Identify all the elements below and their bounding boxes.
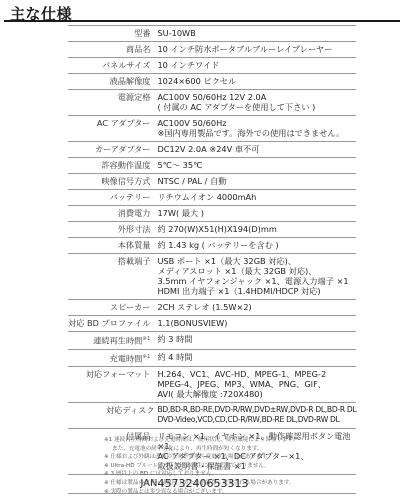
footnote-marker: ※1 — [142, 336, 150, 342]
footnote: ※ 仕様および外観は改良のため予告なく変更する場合があります。 — [104, 453, 394, 462]
spec-value: 2CH ステレオ (1.5W×2) — [157, 300, 356, 316]
table-row: スピーカー 2CH ステレオ (1.5W×2) — [68, 300, 356, 316]
spec-value: AC100V 50/60Hz ※国内専用製品です。海外での使用はできません。 — [157, 116, 356, 142]
footnote: ※ Ultra-HD ブルーレイディスクの再生には対応しておりません。 — [104, 462, 394, 471]
spec-value-line: 3.5mm イヤフォンジャック ×1、電源入力端子 ×1 — [157, 276, 356, 286]
table-row: 映像信号方式 NTSC / PAL / 自動 — [68, 174, 356, 190]
table-row: 対応ディスク BD,BD-R,BD-RE,DVD-R/RW,DVD±RW,DVD… — [68, 403, 356, 429]
footnote: ※1 連続再生時間および充電時間は、使用状況、使用環境により異なります。 — [104, 436, 394, 445]
spec-value: 約 3 時間 — [157, 332, 356, 350]
spec-value: SU-10WB — [157, 26, 356, 42]
spec-label: 消費電力 — [68, 206, 157, 222]
table-row: カーアダプター DC12V 2.0A ※24V 車不可 — [68, 142, 356, 158]
table-row: 対応 BD プロファイル 1.1(BONUSVIEW) — [68, 316, 356, 332]
table-row: 本体質量 約 1.43 kg ( バッテリーを含む ) — [68, 238, 356, 254]
table-row: 消費電力 17W( 最大 ) — [68, 206, 356, 222]
table-row: 商品名 10 インチ防水ポータブルブルーレイプレーヤー — [68, 42, 356, 58]
footnote: また、充電池の経年劣化により、再生時間が短くなります。 — [104, 445, 394, 454]
footnotes: ※1 連続再生時間および充電時間は、使用状況、使用環境により異なります。 また、… — [104, 436, 394, 496]
spec-value: AC100V 50/60Hz 12V 2.0A ( 付属の AC アダプターを使… — [157, 90, 356, 116]
spec-label: 外形寸法 — [68, 222, 157, 238]
spec-label-text: 連続再生時間 — [93, 336, 142, 346]
spec-label: 電源定格 — [68, 90, 157, 116]
spec-label: 連続再生時間※1 — [68, 332, 157, 350]
spec-value: 1.1(BONUSVIEW) — [157, 316, 356, 332]
table-row: バッテリー リチウムイオン 4000mAh — [68, 190, 356, 206]
spec-label: 充電時間※1 — [68, 349, 157, 367]
spec-value: リチウムイオン 4000mAh — [157, 190, 356, 206]
spec-value-line: ( 付属の AC アダプターを使用して下さい ) — [157, 102, 356, 112]
spec-value-line: ※国内専用製品です。海外での使用はできません。 — [157, 128, 356, 138]
spec-value: 10 インチ防水ポータブルブルーレイプレーヤー — [157, 42, 356, 58]
spec-value: H.264、VC1、AVC-HD、MPEG-1、MPEG-2 MPEG-4、JP… — [157, 367, 356, 403]
spec-label: 液晶解像度 — [68, 74, 157, 90]
table-row: 型番 SU-10WB — [68, 26, 356, 42]
spec-value: DC12V 2.0A ※24V 車不可 — [157, 142, 356, 158]
spec-value-line: DVD-Video,VCD,CD,CD-R/RW,BD-RE DL,DVD-RW… — [157, 415, 356, 425]
spec-value-line: AC100V 50/60Hz 12V 2.0A — [157, 92, 356, 102]
footnote-marker: ※1 — [142, 354, 150, 360]
footnote: ※ 実際の製品とは多少異なる場合がございます。 — [104, 488, 394, 497]
spec-label-text: 充電時間 — [110, 353, 143, 363]
spec-label: 商品名 — [68, 42, 157, 58]
spec-value-line: HDMI 出力端子 ×1（1.4HDMI/HDCP 対応) — [157, 286, 356, 296]
table-row: 対応フォーマット H.264、VC1、AVC-HD、MPEG-1、MPEG-2 … — [68, 367, 356, 403]
spec-label: 対応フォーマット — [68, 367, 157, 403]
spec-value-line: AVI( 最大解像度 :720X480) — [157, 389, 356, 399]
table-row: 許容動作温度 5℃～ 35℃ — [68, 158, 356, 174]
spec-value: 約 270(W)X51(H)X194(D)mm — [157, 222, 356, 238]
table-row: 液晶解像度 1024×600 ピクセル — [68, 74, 356, 90]
table-row: 充電時間※1 約 4 時間 — [68, 349, 356, 367]
table-row: 電源定格 AC100V 50/60Hz 12V 2.0A ( 付属の AC アダ… — [68, 90, 356, 116]
spec-value-line: AC100V 50/60Hz — [157, 118, 356, 128]
spec-value: 約 4 時間 — [157, 349, 356, 367]
spec-value: 5℃～ 35℃ — [157, 158, 356, 174]
spec-label: 搭載端子 — [68, 254, 157, 300]
spec-value-line: USB ポート ×1（最大 32GB 対応)、 — [157, 256, 356, 266]
spec-label: 本体質量 — [68, 238, 157, 254]
table-row: パネルサイズ 10 インチワイド — [68, 58, 356, 74]
footnote: ※ 仕様は製品の改善・品質向上のため予告なく変更される場合があります。 — [104, 479, 394, 488]
spec-value-line: MPEG-4、JPEG、MP3、WMA、PNG、GIF、 — [157, 379, 356, 389]
footnote: ※ 3 層以上の BD には対応しておりません。 — [104, 470, 394, 479]
spec-label: 許容動作温度 — [68, 158, 157, 174]
table-row: 搭載端子 USB ポート ×1（最大 32GB 対応)、 メディアスロット ×1… — [68, 254, 356, 300]
spec-value-line: BD,BD-R,BD-RE,DVD-R/RW,DVD±RW,DVD-R DL,B… — [157, 405, 356, 415]
spec-value: 10 インチワイド — [157, 58, 356, 74]
spec-label: カーアダプター — [68, 142, 157, 158]
title-divider — [4, 20, 400, 22]
spec-value: USB ポート ×1（最大 32GB 対応)、 メディアスロット ×1（最大 3… — [157, 254, 356, 300]
spec-value: 1024×600 ピクセル — [157, 74, 356, 90]
spec-label: パネルサイズ — [68, 58, 157, 74]
spec-label: スピーカー — [68, 300, 157, 316]
spec-label: バッテリー — [68, 190, 157, 206]
spec-value: 約 1.43 kg ( バッテリーを含む ) — [157, 238, 356, 254]
spec-label: 映像信号方式 — [68, 174, 157, 190]
spec-value-line: メディアスロット ×1（最大 32GB 対応)、 — [157, 266, 356, 276]
spec-label: AC アダプター — [68, 116, 157, 142]
table-row: 外形寸法 約 270(W)X51(H)X194(D)mm — [68, 222, 356, 238]
table-row: AC アダプター AC100V 50/60Hz ※国内専用製品です。海外での使用… — [68, 116, 356, 142]
table-row: 連続再生時間※1 約 3 時間 — [68, 332, 356, 350]
spec-label: 対応ディスク — [68, 403, 157, 429]
spec-label: 対応 BD プロファイル — [68, 316, 157, 332]
spec-value: NTSC / PAL / 自動 — [157, 174, 356, 190]
spec-table: 型番 SU-10WB 商品名 10 インチ防水ポータブルブルーレイプレーヤー パ… — [68, 25, 356, 494]
spec-value: BD,BD-R,BD-RE,DVD-R/RW,DVD±RW,DVD-R DL,B… — [157, 403, 356, 429]
spec-value-line: H.264、VC1、AVC-HD、MPEG-1、MPEG-2 — [157, 369, 356, 379]
spec-label: 型番 — [68, 26, 157, 42]
spec-value: 17W( 最大 ) — [157, 206, 356, 222]
